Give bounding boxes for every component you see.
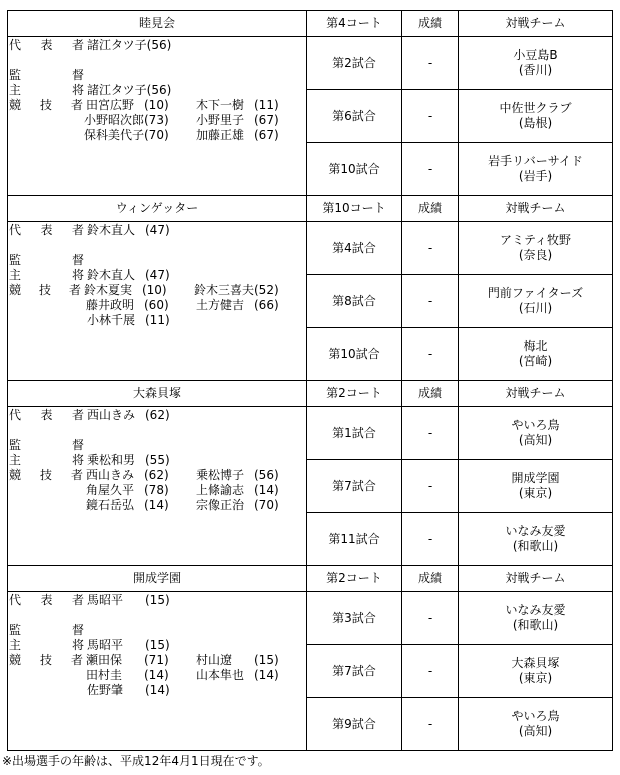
opponent-prefecture: (高知) [459,433,612,448]
roster-players-line: 小野昭次郎(73)小野里子(67) [8,113,306,128]
opponent-team: 小豆島B [459,48,612,63]
person-age: (70) [144,128,196,143]
person: 小林千展(11) [87,313,197,328]
person-name: 馬昭平 [87,593,145,608]
role-char: 代 [9,408,21,423]
person-name: 木下一樹 [196,98,254,113]
role-char: 競 [9,98,21,113]
person-name: 鈴木夏実 [84,283,142,298]
match-result: - [402,328,459,381]
opponent-cell: やいろ鳥(高知) [459,698,613,751]
match-number: 第8試合 [307,275,402,328]
person-name: 田宮広野 [86,98,144,113]
roster-captain: 主将馬昭平(15) [8,638,306,653]
person: 鈴木夏実(10) [84,283,194,298]
roster-players-line: 佐野肇(14) [8,683,306,698]
person-age: (56) [147,38,199,53]
match-result: - [402,222,459,275]
person-age: (71) [144,653,196,668]
team-roster: 代表者西山きみ(62)監督主将乗松和男(55)競技者西山きみ(62)乗松博子(5… [8,407,307,566]
role-indent [8,683,84,698]
person: 藤井政明(60) [86,298,196,313]
person-age: (67) [254,113,306,128]
person: 鈴木直人(47) [87,223,197,238]
roster-coach: 監督 [8,623,306,638]
roster-players-line: 小林千展(11) [8,313,306,328]
roster-players-line: 競技者西山きみ(62)乗松博子(56) [8,468,306,483]
person-name: 山本隼也 [196,668,254,683]
person-age: (14) [254,668,306,683]
role-char: 将 [72,83,84,98]
names: 保科美代子(70)加藤正雄(67) [81,128,306,143]
role-char: 代 [9,38,21,53]
person-age: (47) [145,268,197,283]
role-char: 主 [9,638,21,653]
match-result: - [402,90,459,143]
opponent-prefecture: (奈良) [459,248,612,263]
person-name: 瀬田保 [86,653,144,668]
person-name: 藤井政明 [86,298,144,313]
person-age: (15) [145,638,197,653]
role-char: 者 [71,98,83,113]
roster-captain: 主将乗松和男(55) [8,453,306,468]
match-number: 第10試合 [307,328,402,381]
person-age: (11) [254,98,306,113]
opponent-team: アミティ牧野 [459,233,612,248]
roster-representative: 代表者諸江タツ子(56) [8,38,306,53]
person: 小野里子(67) [196,113,306,128]
person: 馬昭平(15) [87,638,197,653]
role-char: 代 [9,593,21,608]
person-name: 鈴木直人 [87,268,145,283]
opponent-prefecture: (高知) [459,724,612,739]
person-name: 保科美代子 [84,128,144,143]
role-char: 技 [40,653,52,668]
opponent-header: 対戦チーム [459,381,613,407]
match-result: - [402,37,459,90]
role-label-rep: 代表者 [8,408,84,423]
role-indent [8,298,83,313]
roster-representative: 代表者鈴木直人(47) [8,223,306,238]
person-age: (15) [254,653,306,668]
person-age: (78) [144,483,196,498]
opponent-prefecture: (東京) [459,486,612,501]
opponent-prefecture: (島根) [459,116,612,131]
names: 鈴木直人(47) [84,223,197,238]
spacer [8,608,306,623]
opponent-team: 門前ファイターズ [459,286,612,301]
age-footnote: ※出場選手の年齢は、平成12年4月1日現在です。 [2,752,270,769]
match-number: 第2試合 [307,37,402,90]
role-char: 監 [9,438,21,453]
names: 乗松和男(55) [84,453,197,468]
person: 諸江タツ子(56) [87,38,199,53]
opponent-prefecture: (和歌山) [459,539,612,554]
opponent-team: 岩手リバーサイド [459,154,612,169]
person-name: 鈴木三喜夫 [194,283,254,298]
person-name: 小野昭次郎 [84,113,144,128]
role-char: 者 [72,223,84,238]
person: 木下一樹(11) [196,98,306,113]
role-char: 主 [9,453,21,468]
names: 馬昭平(15) [84,638,197,653]
person: 田宮広野(10) [86,98,196,113]
result-header: 成績 [402,381,459,407]
match-row: 代表者鈴木直人(47)監督主将鈴木直人(47)競技者鈴木夏実(10)鈴木三喜夫(… [8,222,613,275]
team-name: 大森貝塚 [8,381,307,407]
role-label-rep: 代表者 [8,593,84,608]
person: 宗像正治(70) [196,498,306,513]
person-name: 諸江タツ子 [87,38,147,53]
person-age: (55) [145,453,197,468]
role-indent [8,483,83,498]
role-char: 表 [40,593,52,608]
person-name: 村山遼 [196,653,254,668]
person-age: (10) [144,98,196,113]
opponent-team: 大森貝塚 [459,656,612,671]
roster-players-line: 鏡石岳弘(14)宗像正治(70) [8,498,306,513]
role-char: 技 [40,468,52,483]
team-roster: 代表者馬昭平(15)監督主将馬昭平(15)競技者瀬田保(71)村山遼(15)田村… [8,592,307,751]
role-indent [8,668,83,683]
person-age: (67) [254,128,306,143]
role-label-rep: 代表者 [8,223,84,238]
person-age: (14) [145,683,197,698]
role-indent [8,113,81,128]
opponent-team: 中佐世クラブ [459,101,612,116]
names: 鏡石岳弘(14)宗像正治(70) [83,498,306,513]
role-indent [8,128,81,143]
person: 土方健吉(66) [196,298,306,313]
roster-players-line: 競技者瀬田保(71)村山遼(15) [8,653,306,668]
opponent-prefecture: (香川) [459,63,612,78]
role-char: 監 [9,68,21,83]
opponent-team: いなみ友愛 [459,524,612,539]
court-label: 第10コート [307,196,402,222]
role-char: 監 [9,253,21,268]
result-header: 成績 [402,566,459,592]
person: 西山きみ(62) [87,408,197,423]
role-char: 者 [71,653,83,668]
person-name: 鈴木直人 [87,223,145,238]
roster-players-line: 藤井政明(60)土方健吉(66) [8,298,306,313]
match-row: 代表者西山きみ(62)監督主将乗松和男(55)競技者西山きみ(62)乗松博子(5… [8,407,613,460]
opponent-header: 対戦チーム [459,11,613,37]
role-char: 督 [72,68,84,83]
role-char: 者 [72,593,84,608]
role-char: 技 [39,283,51,298]
role-label-rep: 代表者 [8,38,84,53]
spacer [8,238,306,253]
opponent-cell: 中佐世クラブ(島根) [459,90,613,143]
names: 角屋久平(78)上條諭志(14) [83,483,306,498]
role-char: 督 [72,623,84,638]
team-name: ウィンゲッター [8,196,307,222]
person: 諸江タツ子(56) [87,83,199,98]
spacer [8,53,306,68]
roster-coach: 監督 [8,253,306,268]
names: 鈴木直人(47) [84,268,197,283]
roster-players-line: 保科美代子(70)加藤正雄(67) [8,128,306,143]
person-age: (62) [144,468,196,483]
match-result: - [402,698,459,751]
coach-name [84,438,87,453]
names: 藤井政明(60)土方健吉(66) [83,298,306,313]
role-char: 競 [9,283,21,298]
role-label-captain: 主将 [8,453,84,468]
person-name: 鏡石岳弘 [86,498,144,513]
role-char: 者 [71,468,83,483]
person: 鈴木三喜夫(52) [194,283,306,298]
match-result: - [402,592,459,645]
person: 角屋久平(78) [86,483,196,498]
team-header-row: 大森貝塚第2コート成績対戦チーム [8,381,613,407]
match-result: - [402,275,459,328]
court-label: 第2コート [307,381,402,407]
person-age: (14) [254,483,306,498]
team-schedule-table: 睦見会第4コート成績対戦チーム代表者諸江タツ子(56)監督主将諸江タツ子(56)… [7,10,613,751]
coach-name [84,68,87,83]
match-number: 第7試合 [307,460,402,513]
roster-players-line: 競技者鈴木夏実(10)鈴木三喜夫(52) [8,283,306,298]
person-name: 西山きみ [87,408,145,423]
names: 瀬田保(71)村山遼(15) [83,653,306,668]
person: 馬昭平(15) [87,593,197,608]
person-name: 西山きみ [86,468,144,483]
person: 田村圭(14) [86,668,196,683]
names: 諸江タツ子(56) [84,38,199,53]
role-label-captain: 主将 [8,638,84,653]
role-indent [8,498,83,513]
person: 村山遼(15) [196,653,306,668]
role-indent [8,313,84,328]
person: 山本隼也(14) [196,668,306,683]
person-name: 乗松博子 [196,468,254,483]
names: 西山きみ(62) [84,408,197,423]
match-number: 第1試合 [307,407,402,460]
person-name: 乗松和男 [87,453,145,468]
person: 乗松和男(55) [87,453,197,468]
role-char: 主 [9,83,21,98]
person: 上條諭志(14) [196,483,306,498]
match-row: 代表者馬昭平(15)監督主将馬昭平(15)競技者瀬田保(71)村山遼(15)田村… [8,592,613,645]
roster-representative: 代表者馬昭平(15) [8,593,306,608]
role-char: 競 [9,653,21,668]
result-header: 成績 [402,11,459,37]
person-name: 角屋久平 [86,483,144,498]
role-char: 表 [40,408,52,423]
opponent-cell: 門前ファイターズ(石川) [459,275,613,328]
match-number: 第3試合 [307,592,402,645]
roster-players-line: 角屋久平(78)上條諭志(14) [8,483,306,498]
person-age: (60) [144,298,196,313]
role-char: 代 [9,223,21,238]
opponent-header: 対戦チーム [459,566,613,592]
coach-name [84,253,87,268]
team-roster: 代表者鈴木直人(47)監督主将鈴木直人(47)競技者鈴木夏実(10)鈴木三喜夫(… [8,222,307,381]
coach-name [84,623,87,638]
role-label-players: 競技者 [8,283,81,298]
names: 佐野肇(14) [84,683,197,698]
opponent-header: 対戦チーム [459,196,613,222]
role-char: 主 [9,268,21,283]
roster-captain: 主将諸江タツ子(56) [8,83,306,98]
person-age: (10) [142,283,194,298]
names: 小野昭次郎(73)小野里子(67) [81,113,306,128]
person-age: (52) [254,283,306,298]
role-char: 督 [72,253,84,268]
spacer [8,423,306,438]
roster-coach: 監督 [8,438,306,453]
role-char: 表 [40,223,52,238]
match-number: 第10試合 [307,143,402,196]
role-label-coach: 監督 [8,253,84,268]
opponent-cell: アミティ牧野(奈良) [459,222,613,275]
role-char: 表 [40,38,52,53]
names: 諸江タツ子(56) [84,83,199,98]
team-header-row: 睦見会第4コート成績対戦チーム [8,11,613,37]
person-age: (11) [145,313,197,328]
opponent-cell: 大森貝塚(東京) [459,645,613,698]
names: 田宮広野(10)木下一樹(11) [83,98,306,113]
opponent-prefecture: (岩手) [459,169,612,184]
opponent-team: 梅北 [459,339,612,354]
opponent-cell: 小豆島B(香川) [459,37,613,90]
role-char: 監 [9,623,21,638]
names: 小林千展(11) [84,313,197,328]
role-char: 将 [72,638,84,653]
team-roster: 代表者諸江タツ子(56)監督主将諸江タツ子(56)競技者田宮広野(10)木下一樹… [8,37,307,196]
opponent-team: やいろ鳥 [459,709,612,724]
person-name: 佐野肇 [87,683,145,698]
names: 鈴木夏実(10)鈴木三喜夫(52) [81,283,306,298]
names: 田村圭(14)山本隼也(14) [83,668,306,683]
opponent-team: やいろ鳥 [459,418,612,433]
opponent-cell: 開成学園(東京) [459,460,613,513]
opponent-cell: 岩手リバーサイド(岩手) [459,143,613,196]
person-age: (56) [254,468,306,483]
opponent-cell: いなみ友愛(和歌山) [459,513,613,566]
role-label-coach: 監督 [8,438,84,453]
court-label: 第4コート [307,11,402,37]
team-name: 開成学園 [8,566,307,592]
names: 西山きみ(62)乗松博子(56) [83,468,306,483]
opponent-prefecture: (宮崎) [459,354,612,369]
person-name: 小林千展 [87,313,145,328]
team-name: 睦見会 [8,11,307,37]
match-result: - [402,407,459,460]
tournament-sheet: 睦見会第4コート成績対戦チーム代表者諸江タツ子(56)監督主将諸江タツ子(56)… [7,10,612,751]
person: 小野昭次郎(73) [84,113,196,128]
result-header: 成績 [402,196,459,222]
person-name: 諸江タツ子 [87,83,147,98]
match-row: 代表者諸江タツ子(56)監督主将諸江タツ子(56)競技者田宮広野(10)木下一樹… [8,37,613,90]
opponent-prefecture: (和歌山) [459,618,612,633]
role-char: 技 [40,98,52,113]
role-char: 将 [72,268,84,283]
person-name: 宗像正治 [196,498,254,513]
roster-players-line: 田村圭(14)山本隼也(14) [8,668,306,683]
role-char: 者 [72,38,84,53]
person-age: (73) [144,113,196,128]
person: 瀬田保(71) [86,653,196,668]
person-name: 田村圭 [86,668,144,683]
person-age: (47) [145,223,197,238]
match-result: - [402,143,459,196]
role-char: 督 [72,438,84,453]
role-char: 競 [9,468,21,483]
person-age: (56) [147,83,199,98]
person-name: 上條諭志 [196,483,254,498]
person-age: (62) [145,408,197,423]
names: 馬昭平(15) [84,593,197,608]
match-number: 第6試合 [307,90,402,143]
team-header-row: ウィンゲッター第10コート成績対戦チーム [8,196,613,222]
role-label-captain: 主将 [8,83,84,98]
role-label-captain: 主将 [8,268,84,283]
opponent-cell: いなみ友愛(和歌山) [459,592,613,645]
person-name: 小野里子 [196,113,254,128]
court-label: 第2コート [307,566,402,592]
role-label-coach: 監督 [8,623,84,638]
opponent-cell: 梅北(宮崎) [459,328,613,381]
person-age: (15) [145,593,197,608]
person: 乗松博子(56) [196,468,306,483]
match-number: 第4試合 [307,222,402,275]
role-label-players: 競技者 [8,653,83,668]
person: 保科美代子(70) [84,128,196,143]
person-age: (70) [254,498,306,513]
person: 鈴木直人(47) [87,268,197,283]
match-number: 第7試合 [307,645,402,698]
person: 佐野肇(14) [87,683,197,698]
role-char: 者 [69,283,81,298]
person-name: 加藤正雄 [196,128,254,143]
match-result: - [402,513,459,566]
role-char: 将 [72,453,84,468]
opponent-team: いなみ友愛 [459,603,612,618]
opponent-cell: やいろ鳥(高知) [459,407,613,460]
role-label-players: 競技者 [8,98,83,113]
person-age: (14) [144,668,196,683]
opponent-prefecture: (東京) [459,671,612,686]
roster-coach: 監督 [8,68,306,83]
person: 鏡石岳弘(14) [86,498,196,513]
role-char: 者 [72,408,84,423]
match-number: 第11試合 [307,513,402,566]
match-number: 第9試合 [307,698,402,751]
opponent-prefecture: (石川) [459,301,612,316]
person-age: (14) [144,498,196,513]
role-label-players: 競技者 [8,468,83,483]
roster-players-line: 競技者田宮広野(10)木下一樹(11) [8,98,306,113]
person-name: 馬昭平 [87,638,145,653]
opponent-team: 開成学園 [459,471,612,486]
person-name: 土方健吉 [196,298,254,313]
person: 加藤正雄(67) [196,128,306,143]
person: 西山きみ(62) [86,468,196,483]
role-label-coach: 監督 [8,68,84,83]
roster-captain: 主将鈴木直人(47) [8,268,306,283]
team-header-row: 開成学園第2コート成績対戦チーム [8,566,613,592]
match-result: - [402,460,459,513]
roster-representative: 代表者西山きみ(62) [8,408,306,423]
person-age: (66) [254,298,306,313]
match-result: - [402,645,459,698]
